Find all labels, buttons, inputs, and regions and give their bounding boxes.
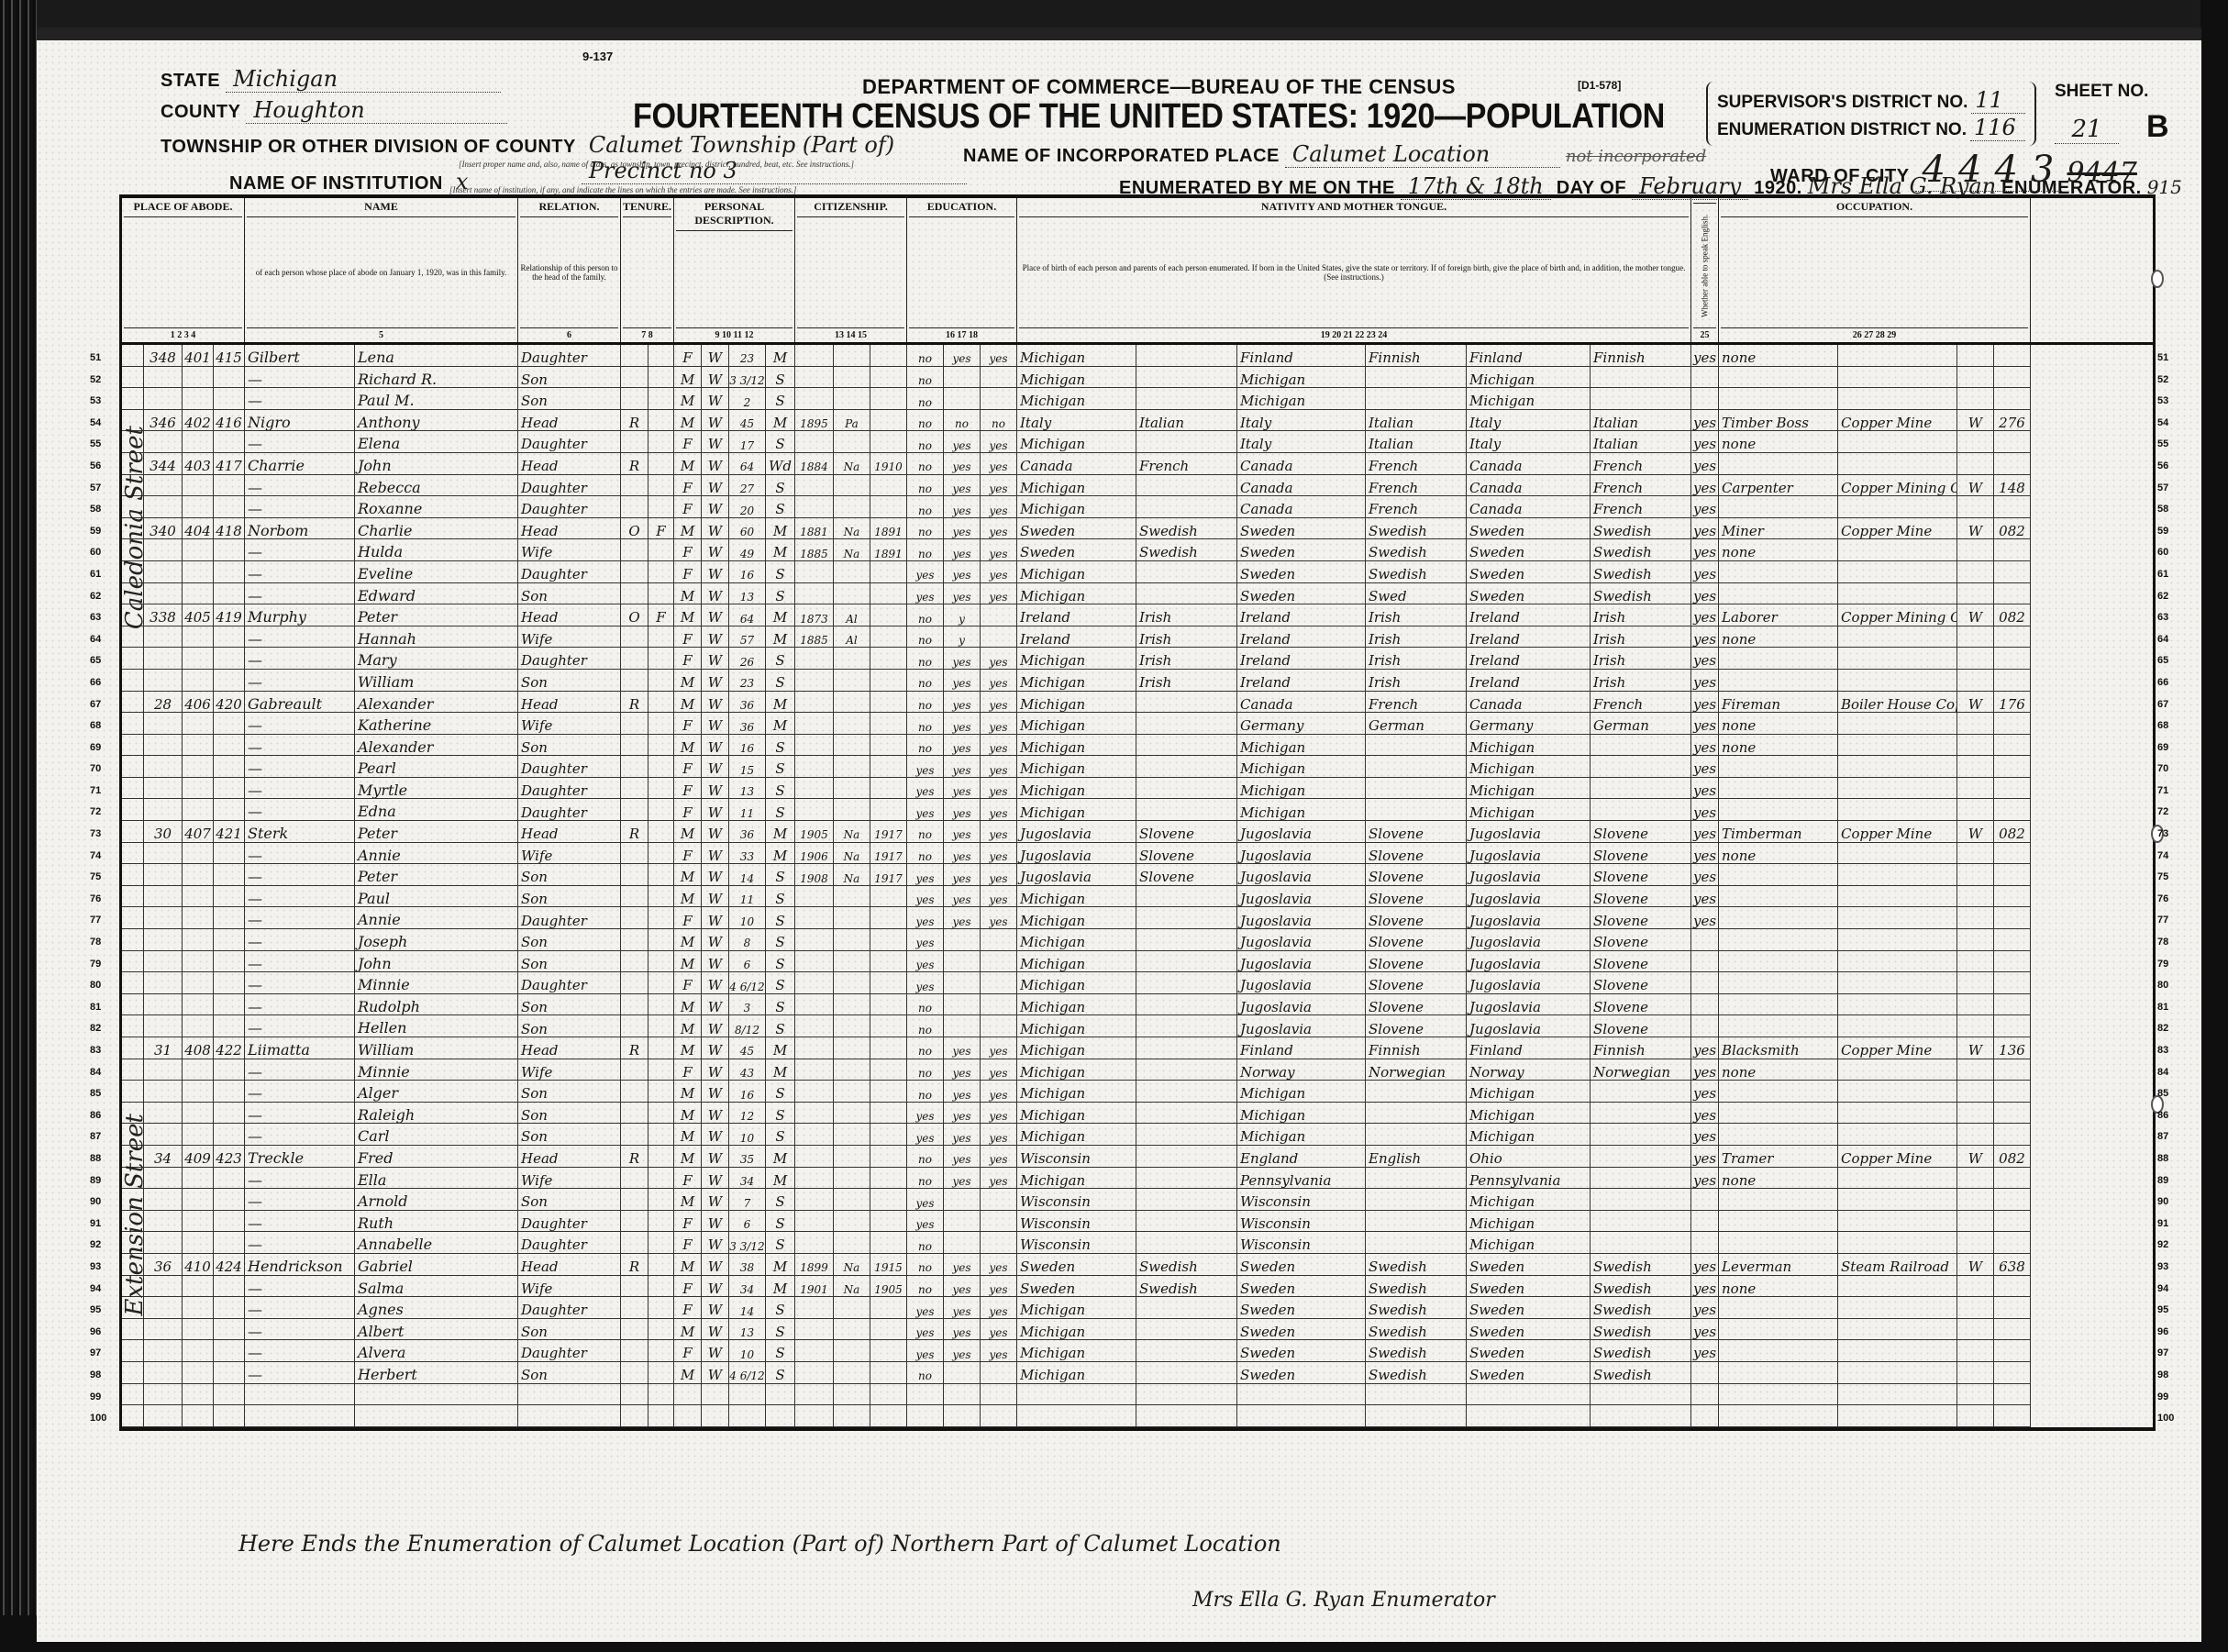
cell-m-tongue: [1591, 735, 1691, 757]
cell-employer: [1957, 670, 1994, 692]
cell-given: Peter: [355, 604, 518, 626]
cell-m-pob: Jugoslavia: [1467, 951, 1591, 973]
cell-trade: [1719, 972, 1838, 994]
cell-employer: [1957, 843, 1994, 865]
cell-marital: S: [766, 778, 795, 800]
cell-immig: 1881: [795, 518, 834, 540]
cell-write: [981, 972, 1017, 994]
cell-family: [214, 1340, 245, 1362]
cell-relation: Wife: [518, 843, 621, 865]
column-description: Place of birth of each person and parent…: [1019, 217, 1689, 327]
cell-write: yes: [981, 561, 1017, 583]
enumeration-label: ENUMERATION DISTRICT NO.: [1717, 120, 1967, 140]
cell-owned: O: [621, 518, 648, 540]
cell-owned: [621, 1124, 648, 1146]
cell-write: yes: [981, 345, 1017, 367]
cell-dwelling: [183, 367, 214, 389]
cell-read: [944, 1384, 981, 1406]
cell-relation: Daughter: [518, 1232, 621, 1254]
cell-write: [981, 1015, 1017, 1037]
cell-english: yes: [1691, 907, 1719, 929]
cell-owned: R: [621, 453, 648, 475]
cell-given: Paul: [355, 886, 518, 908]
cell-sex: F: [674, 626, 702, 649]
cell-age: 49: [729, 539, 766, 561]
cell-trade: Blacksmith: [1719, 1037, 1838, 1059]
cell-mortgage: [648, 1362, 674, 1384]
cell-dwelling: 401: [183, 345, 214, 367]
cell-m-pob: Michigan: [1467, 367, 1591, 389]
cell-f-tongue: [1366, 388, 1467, 410]
cell-m-tongue: Swedish: [1591, 1254, 1691, 1276]
cell-mortgage: [648, 539, 674, 561]
cell-m-pob: Michigan: [1467, 1211, 1591, 1233]
cell-nat: [834, 1362, 870, 1384]
cell-family: [214, 1384, 245, 1406]
cell-m-pob: Michigan: [1467, 799, 1591, 821]
cell-mortgage: [648, 626, 674, 649]
cell-natyear: [870, 972, 907, 994]
cell-dwelling: [183, 1168, 214, 1190]
cell-marital: [766, 1405, 795, 1427]
line-number: 98: [90, 1365, 106, 1387]
punch-hole: [2151, 270, 2164, 288]
cell-house: 36: [144, 1254, 183, 1276]
cell-f-pob: Jugoslavia: [1237, 972, 1366, 994]
cell-street: [122, 713, 144, 735]
column-numbers: 16 17 18: [909, 327, 1014, 340]
cell-f-pob: Canada: [1237, 692, 1366, 714]
cell-race: W: [702, 431, 729, 453]
cell-surname: —: [245, 1081, 355, 1103]
cell-english: yes: [1691, 604, 1719, 626]
cell-race: W: [702, 496, 729, 518]
cell-mortgage: [648, 1276, 674, 1298]
cell-family: [214, 583, 245, 605]
cell-surname: —: [245, 756, 355, 778]
cell-write: yes: [981, 886, 1017, 908]
line-number: 53: [2157, 391, 2174, 413]
cell-age: 33: [729, 843, 766, 865]
line-number: 61: [2157, 564, 2174, 586]
cell-write: yes: [981, 799, 1017, 821]
cell-house: [144, 1405, 183, 1427]
cell-owned: [621, 1340, 648, 1362]
cell-age: 8: [729, 929, 766, 951]
cell-natyear: [870, 1168, 907, 1190]
cell-relation: Wife: [518, 1168, 621, 1190]
cell-tongue: [1136, 1297, 1237, 1319]
cell-surname: —: [245, 1276, 355, 1298]
line-number: 82: [90, 1018, 106, 1040]
cell-nat: [834, 431, 870, 453]
cell-industry: [1838, 648, 1957, 670]
cell-employer: [1957, 345, 1994, 367]
cell-sex: F: [674, 713, 702, 735]
cell-mortgage: [648, 367, 674, 389]
cell-race: [702, 1405, 729, 1427]
cell-read: yes: [944, 756, 981, 778]
cell-f-pob: Jugoslavia: [1237, 864, 1366, 886]
cell-m-pob: Ireland: [1467, 604, 1591, 626]
line-number: 87: [2157, 1126, 2174, 1148]
line-number: 60: [2157, 542, 2174, 564]
cell-mortgage: F: [648, 604, 674, 626]
cell-immig: [795, 951, 834, 973]
cell-house: [144, 972, 183, 994]
cell-pob: Jugoslavia: [1017, 821, 1136, 843]
cell-family: [214, 1081, 245, 1103]
cell-natyear: [870, 345, 907, 367]
cell-immig: 1895: [795, 410, 834, 432]
cell-pob: Jugoslavia: [1017, 843, 1136, 865]
cell-m-pob: Michigan: [1467, 1103, 1591, 1125]
cell-mortgage: [648, 821, 674, 843]
cell-given: Katherine: [355, 713, 518, 735]
line-number: 58: [2157, 499, 2174, 521]
line-number: 89: [2157, 1170, 2174, 1192]
cell-immig: 1906: [795, 843, 834, 865]
cell-m-pob: Michigan: [1467, 735, 1591, 757]
cell-age: 6: [729, 1211, 766, 1233]
cell-relation: Daughter: [518, 648, 621, 670]
cell-natyear: [870, 907, 907, 929]
cell-surname: —: [245, 713, 355, 735]
cell-employer: [1957, 1015, 1994, 1037]
cell-farm: [1994, 864, 2031, 886]
cell-f-pob: England: [1237, 1146, 1366, 1168]
cell-immig: [795, 1124, 834, 1146]
cell-owned: [621, 561, 648, 583]
cell-m-pob: Ireland: [1467, 648, 1591, 670]
cell-industry: [1838, 1297, 1957, 1319]
cell-school: no: [907, 821, 944, 843]
cell-mortgage: [648, 1146, 674, 1168]
cell-relation: Daughter: [518, 1211, 621, 1233]
cell-write: yes: [981, 1037, 1017, 1059]
cell-age: 14: [729, 864, 766, 886]
cell-write: [981, 626, 1017, 649]
cell-dwelling: 406: [183, 692, 214, 714]
cell-dwelling: 404: [183, 518, 214, 540]
cell-industry: [1838, 1189, 1957, 1211]
cell-pob: Michigan: [1017, 886, 1136, 908]
cell-mortgage: [648, 713, 674, 735]
cell-industry: Copper Mine: [1838, 518, 1957, 540]
cell-m-pob: [1467, 1384, 1591, 1406]
cell-surname: Gabreault: [245, 692, 355, 714]
line-number: 63: [90, 607, 106, 629]
cell-tongue: [1136, 1211, 1237, 1233]
line-number: 64: [90, 629, 106, 651]
cell-nat: [834, 475, 870, 497]
cell-surname: Nigro: [245, 410, 355, 432]
cell-race: W: [702, 1037, 729, 1059]
scan-edge-right: [2200, 0, 2228, 1652]
cell-street: [122, 388, 144, 410]
cell-m-pob: Sweden: [1467, 1362, 1591, 1384]
line-number: 73: [2157, 824, 2174, 846]
cell-house: [144, 648, 183, 670]
cell-pob: Michigan: [1017, 670, 1136, 692]
cell-tongue: [1136, 561, 1237, 583]
cell-write: yes: [981, 539, 1017, 561]
cell-house: [144, 864, 183, 886]
cell-farm: [1994, 886, 2031, 908]
cell-immig: [795, 907, 834, 929]
cell-f-pob: Sweden: [1237, 539, 1366, 561]
cell-sex: M: [674, 388, 702, 410]
cell-read: [944, 1015, 981, 1037]
line-number: 59: [90, 521, 106, 543]
cell-family: 424: [214, 1254, 245, 1276]
cell-street: [122, 1405, 144, 1427]
cell-surname: —: [245, 929, 355, 951]
cell-tongue: [1136, 799, 1237, 821]
cell-school: no: [907, 604, 944, 626]
cell-english: yes: [1691, 410, 1719, 432]
line-number: 69: [90, 737, 106, 759]
cell-school: yes: [907, 929, 944, 951]
cell-age: 36: [729, 713, 766, 735]
cell-given: Alger: [355, 1081, 518, 1103]
cell-m-tongue: Italian: [1591, 410, 1691, 432]
cell-sex: M: [674, 1189, 702, 1211]
cell-house: 31: [144, 1037, 183, 1059]
cell-family: [214, 799, 245, 821]
cell-f-pob: Sweden: [1237, 1362, 1366, 1384]
cell-read: yes: [944, 692, 981, 714]
cell-sex: M: [674, 583, 702, 605]
cell-trade: [1719, 886, 1838, 908]
cell-school: yes: [907, 1124, 944, 1146]
census-sheet: STATE Michigan COUNTY Houghton TOWNSHIP …: [37, 28, 2201, 1642]
cell-industry: [1838, 388, 1957, 410]
cell-trade: [1719, 864, 1838, 886]
line-number: 93: [2157, 1257, 2174, 1279]
cell-immig: [795, 1146, 834, 1168]
cell-age: 4 6/12: [729, 972, 766, 994]
cell-age: 20: [729, 496, 766, 518]
cell-surname: —: [245, 1124, 355, 1146]
column-group-label: RELATION.: [520, 200, 618, 217]
cell-age: 13: [729, 583, 766, 605]
cell-pob: Michigan: [1017, 1081, 1136, 1103]
line-number: 97: [90, 1343, 106, 1365]
cell-owned: [621, 670, 648, 692]
cell-natyear: [870, 496, 907, 518]
cell-read: yes: [944, 1340, 981, 1362]
cell-trade: none: [1719, 1276, 1838, 1298]
cell-employer: W: [1957, 410, 1994, 432]
cell-f-tongue: Swedish: [1366, 1362, 1467, 1384]
cell-immig: [795, 1297, 834, 1319]
cell-read: yes: [944, 1037, 981, 1059]
cell-given: Charlie: [355, 518, 518, 540]
line-number: 90: [90, 1192, 106, 1214]
cell-english: yes: [1691, 496, 1719, 518]
cell-industry: [1838, 1211, 1957, 1233]
line-number: 67: [2157, 694, 2174, 716]
cell-read: [944, 951, 981, 973]
line-number: 95: [2157, 1300, 2174, 1322]
cell-sex: F: [674, 1297, 702, 1319]
cell-immig: [795, 756, 834, 778]
cell-school: no: [907, 475, 944, 497]
cell-nat: Al: [834, 626, 870, 649]
cell-write: yes: [981, 496, 1017, 518]
cell-m-pob: Michigan: [1467, 388, 1591, 410]
cell-given: Arnold: [355, 1189, 518, 1211]
cell-farm: [1994, 929, 2031, 951]
cell-write: [981, 929, 1017, 951]
cell-surname: —: [245, 670, 355, 692]
cell-m-tongue: Slovene: [1591, 972, 1691, 994]
cell-trade: none: [1719, 843, 1838, 865]
cell-immig: [795, 496, 834, 518]
cell-house: [144, 539, 183, 561]
cell-pob: Michigan: [1017, 367, 1136, 389]
cell-industry: [1838, 670, 1957, 692]
cell-read: [944, 972, 981, 994]
cell-relation: [518, 1384, 621, 1406]
cell-street: [122, 821, 144, 843]
line-number: 72: [90, 802, 106, 824]
cell-dwelling: [183, 1059, 214, 1081]
cell-mortgage: [648, 1189, 674, 1211]
cell-race: W: [702, 367, 729, 389]
cell-f-pob: Jugoslavia: [1237, 951, 1366, 973]
cell-owned: [621, 1319, 648, 1341]
cell-tongue: [1136, 1319, 1237, 1341]
cell-farm: [1994, 367, 2031, 389]
cell-immig: [795, 1103, 834, 1125]
cell-m-pob: Ireland: [1467, 670, 1591, 692]
cell-given: Alvera: [355, 1340, 518, 1362]
cell-trade: Laborer: [1719, 604, 1838, 626]
cell-race: W: [702, 1015, 729, 1037]
cell-f-tongue: Swedish: [1366, 539, 1467, 561]
cell-trade: none: [1719, 1168, 1838, 1190]
cell-farm: [1994, 626, 2031, 649]
cell-relation: Wife: [518, 539, 621, 561]
line-number: 51: [2157, 348, 2174, 370]
cell-employer: [1957, 1405, 1994, 1427]
cell-industry: [1838, 929, 1957, 951]
cell-race: W: [702, 583, 729, 605]
cell-industry: [1838, 561, 1957, 583]
cell-trade: [1719, 799, 1838, 821]
cell-surname: Treckle: [245, 1146, 355, 1168]
cell-school: yes: [907, 1211, 944, 1233]
cell-dwelling: [183, 1319, 214, 1341]
cell-dwelling: [183, 929, 214, 951]
cell-natyear: [870, 994, 907, 1016]
cell-sex: M: [674, 518, 702, 540]
cell-relation: Head: [518, 1254, 621, 1276]
cell-m-pob: Sweden: [1467, 1276, 1591, 1298]
cell-race: W: [702, 345, 729, 367]
column-numbers: 1 2 3 4: [124, 327, 242, 340]
cell-farm: 148: [1994, 475, 2031, 497]
cell-dwelling: [183, 539, 214, 561]
cell-owned: R: [621, 1254, 648, 1276]
cell-street: [122, 886, 144, 908]
cell-owned: R: [621, 692, 648, 714]
cell-m-pob: Sweden: [1467, 539, 1591, 561]
cell-industry: [1838, 756, 1957, 778]
cell-age: 34: [729, 1168, 766, 1190]
cell-family: 418: [214, 518, 245, 540]
cell-owned: [621, 1362, 648, 1384]
cell-immig: [795, 1384, 834, 1406]
cell-farm: [1994, 907, 2031, 929]
cell-school: no: [907, 388, 944, 410]
cell-m-pob: Jugoslavia: [1467, 1015, 1591, 1037]
cell-family: [214, 1059, 245, 1081]
cell-given: Rebecca: [355, 475, 518, 497]
line-number: 65: [2157, 650, 2174, 672]
cell-m-tongue: Swedish: [1591, 518, 1691, 540]
line-number: 75: [2157, 867, 2174, 889]
cell-marital: S: [766, 1015, 795, 1037]
cell-m-tongue: Irish: [1591, 626, 1691, 649]
cell-m-pob: Finland: [1467, 1037, 1591, 1059]
cell-given: Peter: [355, 864, 518, 886]
cell-trade: none: [1719, 1059, 1838, 1081]
cell-farm: [1994, 1103, 2031, 1125]
cell-relation: Wife: [518, 1059, 621, 1081]
cell-f-pob: Canada: [1237, 453, 1366, 475]
cell-race: W: [702, 1059, 729, 1081]
cell-school: no: [907, 1146, 944, 1168]
cell-trade: [1719, 1340, 1838, 1362]
cell-f-pob: Italy: [1237, 431, 1366, 453]
cell-farm: [1994, 1362, 2031, 1384]
cell-marital: S: [766, 648, 795, 670]
cell-mortgage: [648, 496, 674, 518]
line-number: 58: [90, 499, 106, 521]
cell-natyear: [870, 670, 907, 692]
cell-given: Minnie: [355, 972, 518, 994]
line-number: 51: [90, 348, 106, 370]
cell-school: yes: [907, 778, 944, 800]
line-number: 70: [90, 759, 106, 781]
cell-age: [729, 1405, 766, 1427]
cell-dwelling: [183, 1211, 214, 1233]
cell-school: yes: [907, 1103, 944, 1125]
cell-tongue: [1136, 345, 1237, 367]
cell-read: yes: [944, 1168, 981, 1190]
cell-race: W: [702, 972, 729, 994]
cell-house: [144, 1362, 183, 1384]
cell-dwelling: 407: [183, 821, 214, 843]
cell-family: 423: [214, 1146, 245, 1168]
cell-nat: [834, 994, 870, 1016]
cell-read: y: [944, 604, 981, 626]
cell-marital: M: [766, 821, 795, 843]
cell-farm: [1994, 1081, 2031, 1103]
cell-relation: Head: [518, 692, 621, 714]
cell-school: no: [907, 345, 944, 367]
cell-write: yes: [981, 1124, 1017, 1146]
cell-industry: [1838, 1232, 1957, 1254]
cell-age: 60: [729, 518, 766, 540]
line-number: 66: [90, 672, 106, 694]
cell-farm: [1994, 1297, 2031, 1319]
cell-m-pob: Canada: [1467, 496, 1591, 518]
cell-street: [122, 1362, 144, 1384]
